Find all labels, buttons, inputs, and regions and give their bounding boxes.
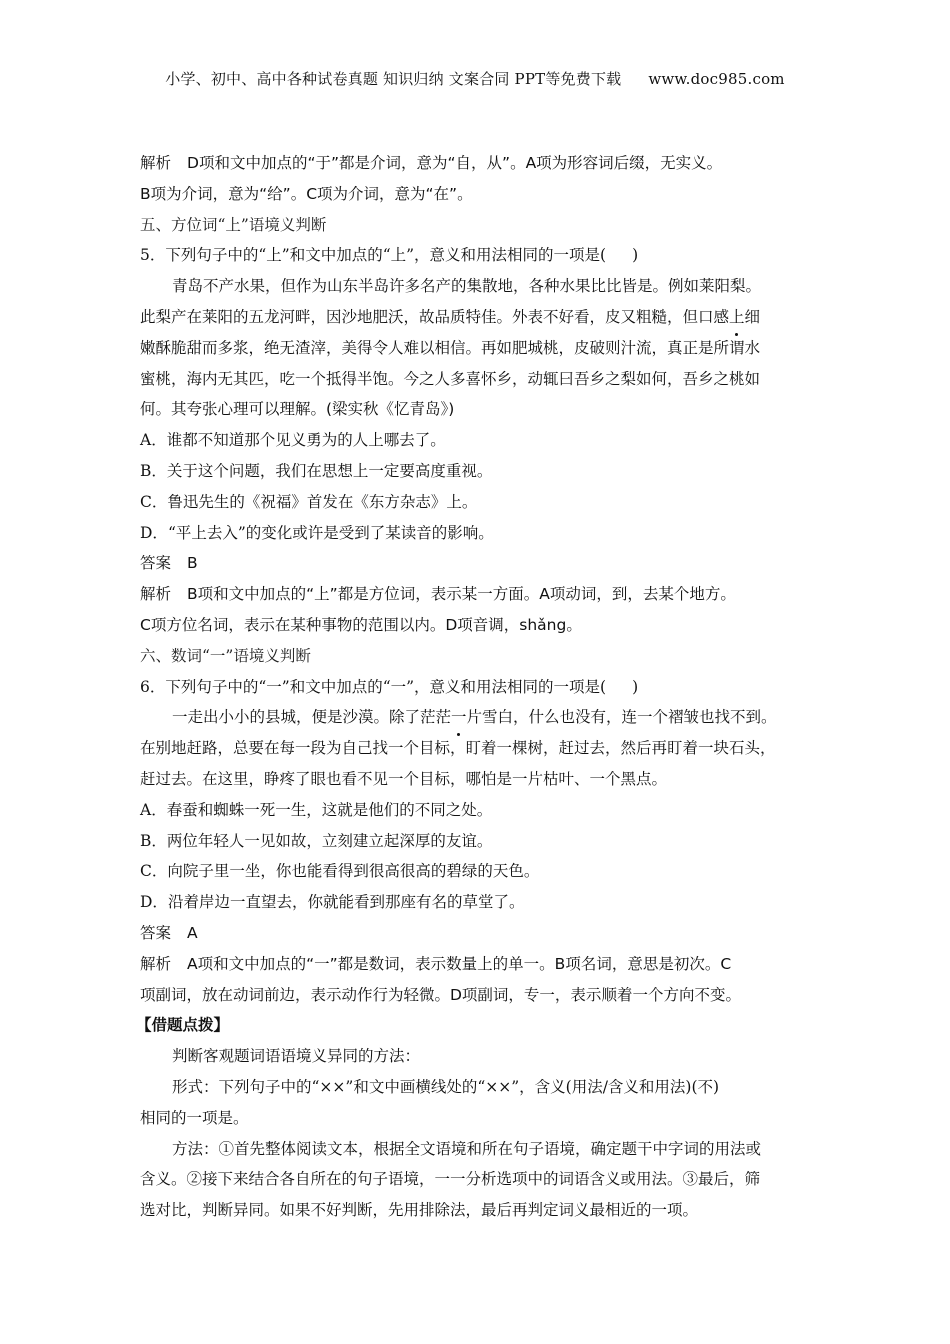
analysis-5-line-1: 解析B项和文中加点的“上”都是方位词，表示某一方面。A项动词，到，去某个地方。: [140, 579, 812, 610]
tips-intro: 判断客观题词语语境义异同的方法：: [140, 1041, 812, 1072]
section-5-heading: 五、方位词“上”语境义判断: [140, 210, 812, 241]
option-5-a: A．谁都不知道那个见义勇为的人上哪去了。: [140, 425, 812, 456]
tips-method-line-3: 选对比，判断异同。如果不好判断，先用排除法，最后再判定词义最相近的一项。: [140, 1195, 812, 1226]
analysis-label: 解析: [140, 955, 171, 973]
answer-5: 答案B: [140, 548, 812, 579]
question-5: 5．下列句子中的“上”和文中加点的“上”，意义和用法相同的一项是(): [140, 240, 812, 271]
answer-value: A: [187, 924, 198, 942]
passage-5-line-3: 嫩酥脆甜而多浆，绝无渣滓，美得令人难以相信。再如肥城桃，皮破则汁流，真正是所谓水: [140, 333, 812, 364]
passage-text: 一走出小小的县城，便是沙漠。除了茫茫: [172, 708, 451, 726]
question-6-text: 6．下列句子中的“一”和文中加点的“一”，意义和用法相同的一项是(: [140, 678, 606, 696]
option-text: 沿着岸边一直望去，你就能看到那座有名的草堂了。: [168, 893, 525, 911]
option-text: 关于这个问题，我们在思想上一定要高度重视。: [167, 462, 493, 480]
option-5-b: B．关于这个问题，我们在思想上一定要高度重视。: [140, 456, 812, 487]
tips-form-line-2: 相同的一项是。: [140, 1103, 812, 1134]
passage-6-line-2: 在别地赶路，总要在每一段为自己找一个目标，盯着一棵树，赶过去，然后再盯着一块石头…: [140, 733, 812, 764]
analysis-text: D项和文中加点的“于”都是介词，意为“自，从”。A项为形容词后缀，无实义。: [187, 154, 722, 172]
tips-method-line-2: 含义。②接下来结合各自所在的句子语境，一一分析选项中的词语含义或用法。③最后，筛: [140, 1164, 812, 1195]
answer-label: 答案: [140, 924, 171, 942]
answer-label: 答案: [140, 554, 171, 572]
emphasis-dot-char: 一: [451, 702, 467, 733]
page-header: 小学、初中、高中各种试卷真题 知识归纳 文案合同 PPT等免费下载 www.do…: [0, 68, 950, 89]
passage-6-line-3: 赶过去。在这里，睁疼了眼也看不见一个目标，哪怕是一片枯叶、一个黑点。: [140, 764, 812, 795]
option-letter: D．: [140, 524, 168, 542]
document-body: 解析D项和文中加点的“于”都是介词，意为“自，从”。A项为形容词后缀，无实义。 …: [140, 148, 812, 1226]
option-text: 春蚕和蜘蛛一死一生，这就是他们的不同之处。: [167, 801, 493, 819]
option-letter: C．: [140, 862, 167, 880]
question-6-close: ): [632, 678, 638, 696]
answer-value: B: [187, 554, 198, 572]
answer-6: 答案A: [140, 918, 812, 949]
option-6-c: C．向院子里一坐，你也能看得到很高很高的碧绿的天色。: [140, 856, 812, 887]
option-letter: C．: [140, 493, 167, 511]
option-text: “平上去入”的变化或许是受到了某读音的影响。: [168, 524, 494, 542]
question-6: 6．下列句子中的“一”和文中加点的“一”，意义和用法相同的一项是(): [140, 672, 812, 703]
option-5-c: C．鲁迅先生的《祝福》首发在《东方杂志》上。: [140, 487, 812, 518]
section-6-heading: 六、数词“一”语境义判断: [140, 641, 812, 672]
option-6-b: B．两位年轻人一见如故，立刻建立起深厚的友谊。: [140, 826, 812, 857]
tips-heading: 【借题点拨】: [136, 1010, 812, 1041]
passage-5-line-1: 青岛不产水果，但作为山东半岛许多名产的集散地，各种水果比比皆是。例如莱阳梨。: [140, 271, 812, 302]
option-text: 鲁迅先生的《祝福》首发在《东方杂志》上。: [167, 493, 477, 511]
analysis-label: 解析: [140, 154, 171, 172]
option-6-a: A．春蚕和蜘蛛一死一生，这就是他们的不同之处。: [140, 795, 812, 826]
header-url[interactable]: www.doc985.com: [648, 70, 784, 88]
analysis-text: B项为介词，意为“给”。C项为介词，意为“在”。: [140, 185, 473, 203]
analysis-6-line-2: 项副词，放在动词前边，表示动作行为轻微。D项副词，专一，表示顺着一个方向不变。: [140, 980, 812, 1011]
question-5-close: ): [632, 246, 638, 264]
question-5-text: 5．下列句子中的“上”和文中加点的“上”，意义和用法相同的一项是(: [140, 246, 606, 264]
passage-text: 此梨产在莱阳的五龙河畔，因沙地肥沃，故品质特佳。外表不好看，皮又粗糙，但口感: [140, 308, 729, 326]
passage-text: 细: [745, 308, 761, 326]
option-letter: D．: [140, 893, 168, 911]
analysis-text: A项和文中加点的“一”都是数词，表示数量上的单一。B项名词，意思是初次。C: [187, 955, 731, 973]
analysis-6-line-1: 解析A项和文中加点的“一”都是数词，表示数量上的单一。B项名词，意思是初次。C: [140, 949, 812, 980]
analysis-5-line-2: C项方位名词，表示在某种事物的范围以内。D项音调，shǎng。: [140, 610, 812, 641]
header-site-text: 小学、初中、高中各种试卷真题 知识归纳 文案合同 PPT等免费下载: [165, 70, 621, 88]
passage-5-line-5: 何。其夸张心理可以理解。(梁实秋《忆青岛》): [140, 394, 812, 425]
option-5-d: D．“平上去入”的变化或许是受到了某读音的影响。: [140, 518, 812, 549]
analysis-label: 解析: [140, 585, 171, 603]
tips-method-line-1: 方法：①首先整体阅读文本，根据全文语境和所在句子语境，确定题干中字词的用法或: [140, 1134, 812, 1165]
passage-text: 片雪白，什么也没有，连一个褶皱也找不到。: [467, 708, 777, 726]
option-letter: B．: [140, 832, 167, 850]
prev-analysis-line-2: B项为介词，意为“给”。C项为介词，意为“在”。: [140, 179, 812, 210]
option-letter: A．: [140, 801, 167, 819]
tips-form-line-1: 形式：下列句子中的“××”和文中画横线处的“××”，含义(用法/含义和用法)(不…: [140, 1072, 812, 1103]
option-letter: A．: [140, 431, 167, 449]
analysis-text: B项和文中加点的“上”都是方位词，表示某一方面。A项动词，到，去某个地方。: [187, 585, 736, 603]
passage-5-line-4: 蜜桃，海内无其匹，吃一个抵得半饱。今之人多喜怀乡，动辄曰吾乡之梨如何，吾乡之桃如: [140, 364, 812, 395]
prev-analysis-line-1: 解析D项和文中加点的“于”都是介词，意为“自，从”。A项为形容词后缀，无实义。: [140, 148, 812, 179]
passage-6-line-1: 一走出小小的县城，便是沙漠。除了茫茫一片雪白，什么也没有，连一个褶皱也找不到。: [140, 702, 812, 733]
emphasis-dot-char: 上: [729, 302, 745, 333]
option-letter: B．: [140, 462, 167, 480]
option-text: 向院子里一坐，你也能看得到很高很高的碧绿的天色。: [167, 862, 539, 880]
option-text: 两位年轻人一见如故，立刻建立起深厚的友谊。: [167, 832, 493, 850]
passage-5-line-2: 此梨产在莱阳的五龙河畔，因沙地肥沃，故品质特佳。外表不好看，皮又粗糙，但口感上细: [140, 302, 812, 333]
option-text: 谁都不知道那个见义勇为的人上哪去了。: [167, 431, 446, 449]
option-6-d: D．沿着岸边一直望去，你就能看到那座有名的草堂了。: [140, 887, 812, 918]
